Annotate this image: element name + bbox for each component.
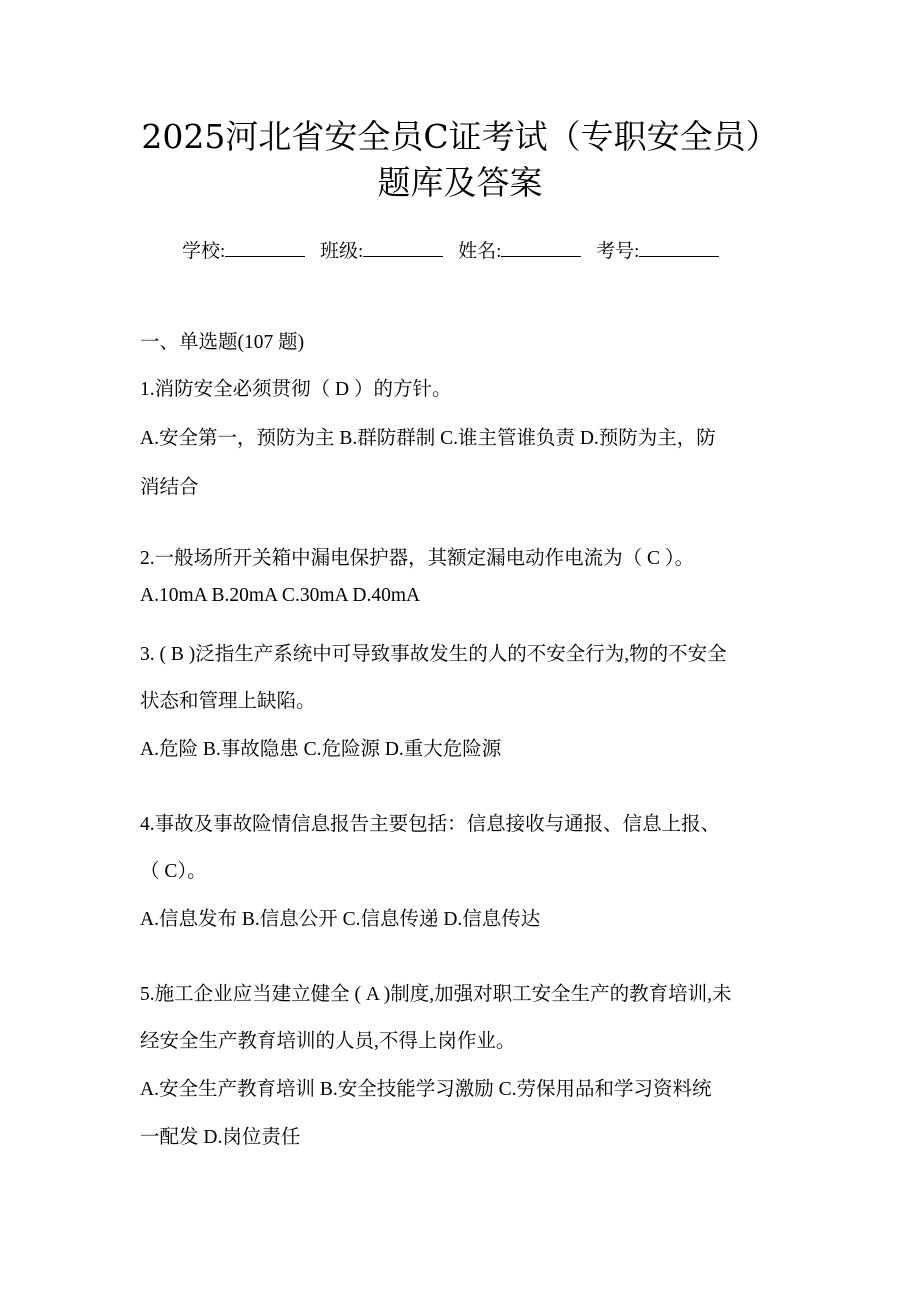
section-heading: 一、单选题(107 题) [140, 329, 304, 357]
student-info-row: 学校: 班级: 姓名: 考号: [182, 238, 729, 266]
exam-number-blank [639, 238, 719, 257]
info-label-school: 学校: [182, 241, 225, 262]
info-field-school: 学校: [182, 238, 305, 266]
info-label-name: 姓名: [458, 241, 501, 262]
info-label-class: 班级: [320, 241, 363, 262]
class-blank [363, 238, 443, 257]
info-field-name: 姓名: [458, 238, 581, 266]
question-5-stem: 5.施工企业应当建立健全 ( A )制度,加强对职工安全生产的教育培训,未 [140, 981, 732, 1009]
question-3-stem-cont: 状态和管理上缺陷。 [140, 688, 316, 716]
question-5-stem-cont: 经安全生产教育培训的人员,不得上岗作业。 [140, 1028, 515, 1056]
info-field-exam-number: 考号: [596, 238, 719, 266]
name-blank [501, 238, 581, 257]
info-label-exam-number: 考号: [596, 241, 639, 262]
document-title-line-1: 2025河北省安全员C证考试（专职安全员） [0, 117, 920, 157]
question-3-stem: 3. ( B )泛指生产系统中可导致事故发生的人的不安全行为,物的不安全 [140, 641, 727, 669]
info-field-class: 班级: [320, 238, 443, 266]
question-4-options: A.信息发布 B.信息公开 C.信息传递 D.信息传达 [140, 906, 540, 934]
document-page: 2025河北省安全员C证考试（专职安全员） 题库及答案 学校: 班级: 姓名: … [0, 0, 920, 1302]
document-title-line-2: 题库及答案 [0, 163, 920, 203]
question-4-stem: 4.事故及事故险情信息报告主要包括：信息接收与通报、信息上报、 [140, 811, 720, 839]
school-blank [225, 238, 305, 257]
question-1-stem: 1.消防安全必须贯彻（ D ）的方针。 [140, 376, 451, 404]
question-1-options: A.安全第一，预防为主 B.群防群制 C.谁主管谁负责 D.预防为主，防 [140, 425, 716, 453]
question-2-options: A.10mA B.20mA C.30mA D.40mA [140, 582, 420, 610]
question-3-options: A.危险 B.事故隐患 C.危险源 D.重大危险源 [140, 736, 501, 764]
question-4-stem-cont: （ C）。 [140, 858, 207, 886]
question-2-stem: 2.一般场所开关箱中漏电保护器，其额定漏电动作电流为（ C ）。 [140, 545, 694, 573]
question-5-options: A.安全生产教育培训 B.安全技能学习激励 C.劳保用品和学习资料统 [140, 1076, 711, 1104]
question-1-options-cont: 消结合 [140, 474, 199, 502]
question-5-options-cont: 一配发 D.岗位责任 [140, 1124, 300, 1152]
